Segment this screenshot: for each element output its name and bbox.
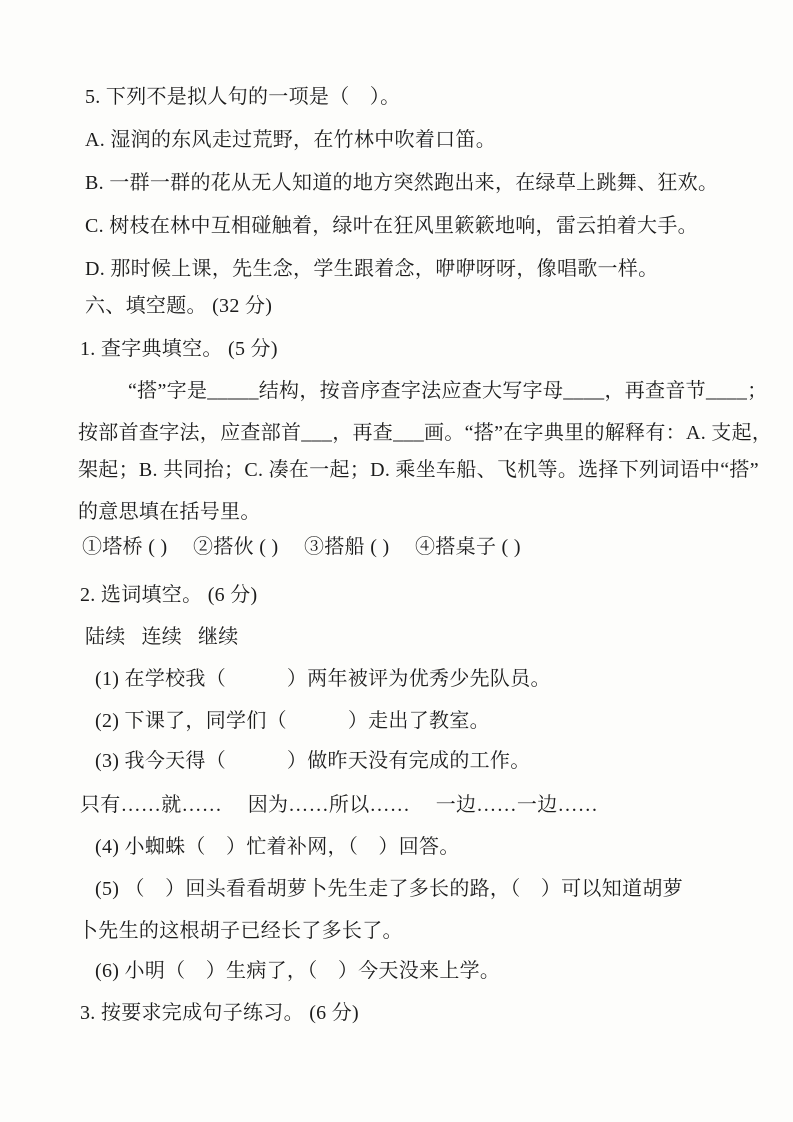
q2-item-6: (6) 小明（ ）生病了，（ ）今天没来上学。 [95, 958, 500, 984]
q2-conjunction-bank: 只有……就…… 因为……所以…… 一边……一边…… [80, 792, 598, 818]
question-5-option-d: D. 那时候上课，先生念，学生跟着念，咿咿呀呀，像唱歌一样。 [85, 256, 658, 282]
q1-text-line-1: “搭”字是_____结构，按音序查字法应查大写字母____，再查音节____； [128, 378, 767, 404]
question-5-option-c: C. 树枝在林中互相碰触着，绿叶在狂风里簌簌地响，雷云拍着大手。 [85, 213, 698, 239]
q2-item-5-line-2: 卜先生的这根胡子已经长了多长了。 [78, 918, 403, 944]
q2-item-3: (3) 我今天得（ ）做昨天没有完成的工作。 [95, 748, 531, 774]
section-6-heading: 六、填空题。 (32 分) [85, 293, 272, 319]
q1-text-line-3: 架起；B. 共同抬；C. 凑在一起；D. 乘坐车船、飞机等。选择下列词语中“搭” [78, 457, 759, 483]
q1-word-items: ①塔桥 ( ) ②搭伙 ( ) ③搭船 ( ) ④搭桌子 ( ) [82, 534, 521, 560]
q1-heading: 1. 查字典填空。 (5 分) [80, 336, 278, 362]
q2-item-4: (4) 小蜘蛛（ ）忙着补网，（ ）回答。 [95, 834, 460, 860]
q1-text-line-2: 按部首查字法，应查部首___，再查___画。“搭”在字典里的解释有：A. 支起， [78, 420, 772, 446]
question-5-option-a: A. 湿润的东风走过荒野，在竹林中吹着口笛。 [85, 127, 496, 153]
q2-word-bank: 陆续 连续 继续 [85, 624, 239, 650]
q2-heading: 2. 选词填空。 (6 分) [80, 582, 258, 608]
worksheet-page: 5. 下列不是拟人句的一项是（ ）。 A. 湿润的东风走过荒野，在竹林中吹着口笛… [0, 0, 793, 1122]
q2-item-1: (1) 在学校我（ ）两年被评为优秀少先队员。 [95, 666, 551, 692]
question-5-option-b: B. 一群一群的花从无人知道的地方突然跑出来，在绿草上跳舞、狂欢。 [85, 170, 718, 196]
q1-text-line-4: 的意思填在括号里。 [78, 499, 261, 525]
q3-heading: 3. 按要求完成句子练习。 (6 分) [80, 1000, 359, 1026]
q2-item-5-line-1: (5) （ ）回头看看胡萝卜先生走了多长的路，（ ）可以知道胡萝 [95, 876, 683, 902]
question-5-stem: 5. 下列不是拟人句的一项是（ ）。 [85, 84, 400, 110]
q2-item-2: (2) 下课了，同学们（ ）走出了教室。 [95, 708, 490, 734]
